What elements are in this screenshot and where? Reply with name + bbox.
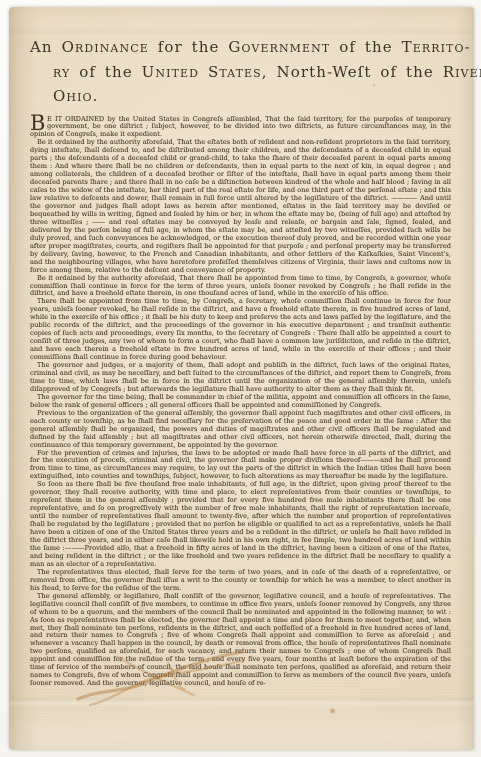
title-smallcaps-segment: River: [443, 63, 481, 81]
title-smallcaps-segment: Government: [228, 38, 330, 56]
body-paragraph: The general aſſembly, or legiſlature, ſh…: [30, 593, 451, 688]
title-line: Ohio.: [30, 84, 451, 109]
body-paragraph: BE IT ORDAINED by the United States in C…: [30, 116, 451, 140]
scan: An Ordinance for the Government of the T…: [0, 0, 481, 757]
document-body: BE IT ORDAINED by the United States in C…: [30, 116, 451, 689]
title-smallcaps-segment: Ohio.: [53, 87, 99, 105]
title-line: An Ordinance for the Government of the T…: [30, 35, 451, 60]
title-line: ry of the United States, North-Weſt of t…: [30, 60, 451, 85]
document-content: An Ordinance for the Government of the T…: [30, 35, 451, 688]
body-paragraph: The governor and judges, or a majority o…: [30, 362, 451, 394]
title-plain-segment: An: [30, 38, 62, 56]
title-plain-segment: North-Weſt of the: [268, 63, 443, 81]
body-paragraph: For the prevention of crimes and injurie…: [30, 450, 451, 482]
title-smallcaps-segment: Ordinance: [62, 38, 149, 56]
body-paragraph: Previous to the organization of the gene…: [30, 410, 451, 450]
title-plain-segment: of the: [330, 38, 401, 56]
body-paragraph: The governor for the time being, ſhall b…: [30, 394, 451, 410]
document-title: An Ordinance for the Government of the T…: [30, 35, 451, 109]
scan-background: { "page": { "background_color": "#f6f5f1…: [0, 0, 481, 757]
title-plain-segment: for the: [149, 38, 229, 56]
title-smallcaps-segment: United States,: [142, 63, 268, 81]
title-smallcaps-segment: ry: [53, 63, 70, 81]
body-paragraph: Be it ordained by the authority aforeſai…: [30, 139, 451, 274]
title-smallcaps-segment: Territo-: [402, 38, 471, 56]
body-paragraph: The repreſentatives thus elected, ſhall …: [30, 569, 451, 593]
body-paragraph: So ſoon as there ſhall be five thouſand …: [30, 481, 451, 568]
title-plain-segment: of the: [70, 63, 141, 81]
drop-cap: B: [30, 116, 47, 131]
stain-spot: [329, 708, 336, 714]
body-paragraph: Be it ordained by the authority aforeſai…: [30, 275, 451, 299]
document-page: An Ordinance for the Government of the T…: [9, 7, 474, 750]
body-paragraph: There ſhall be appointed from time to ti…: [30, 298, 451, 362]
